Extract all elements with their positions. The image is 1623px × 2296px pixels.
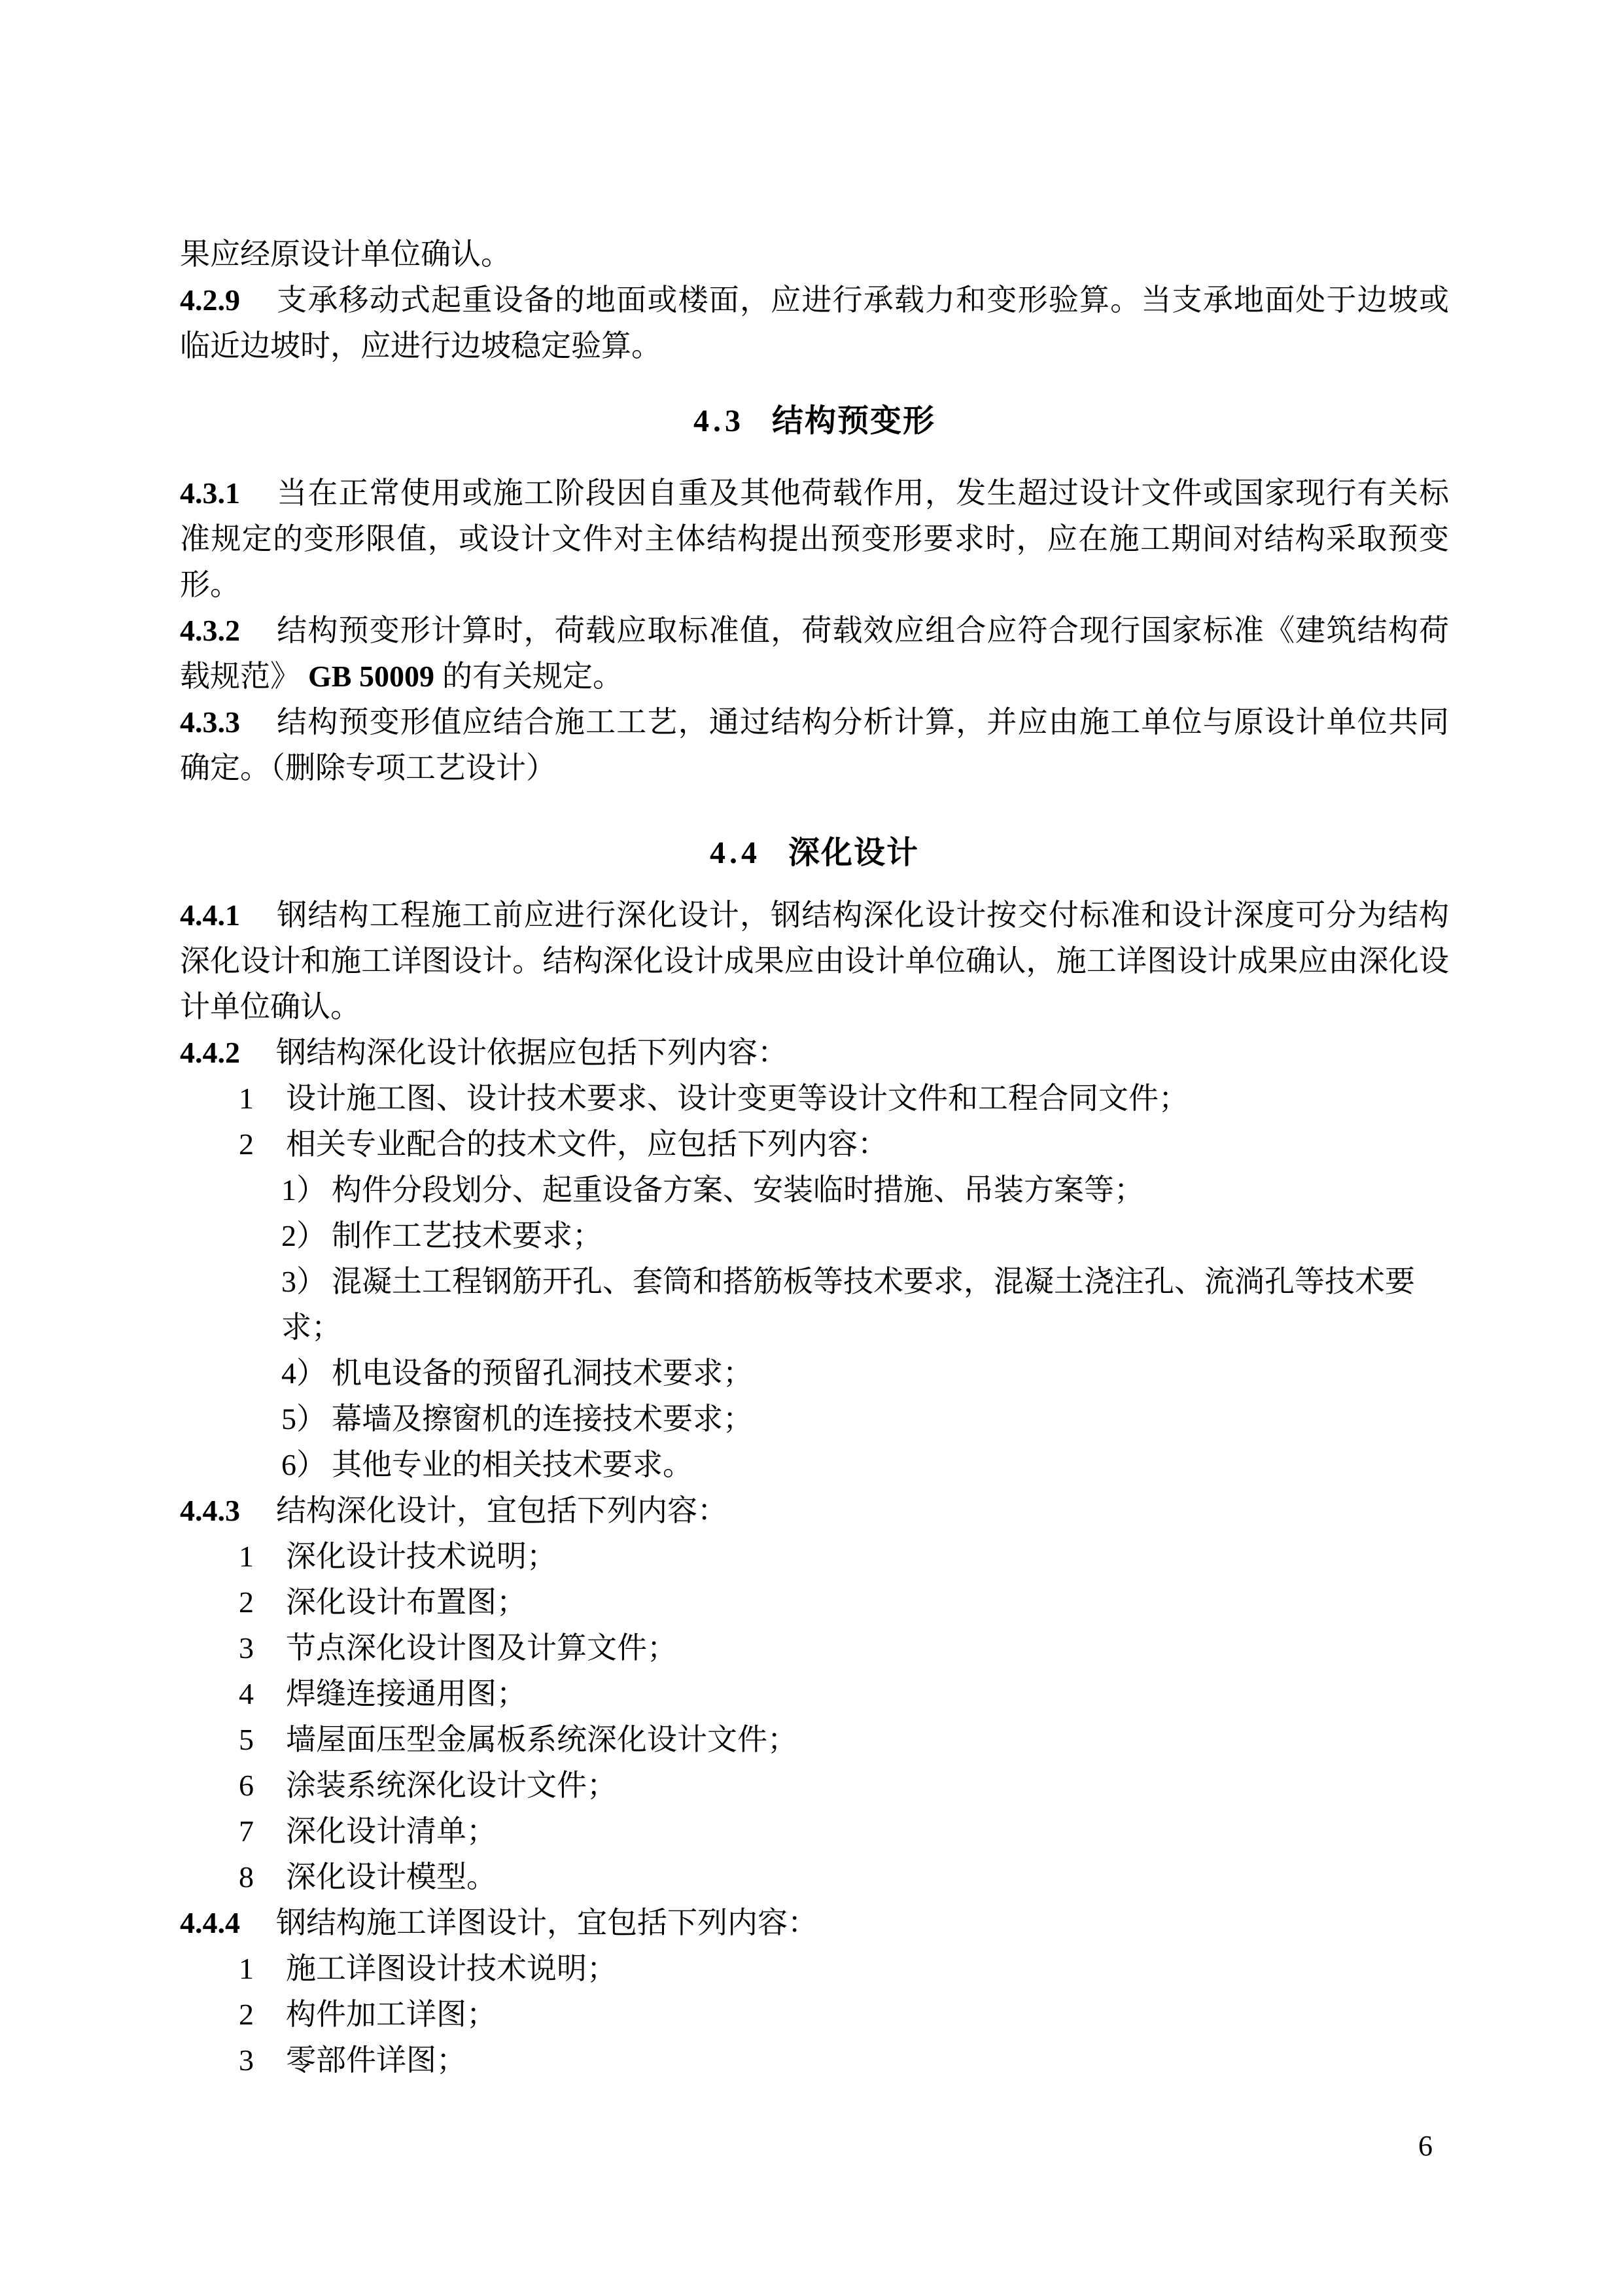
- list-item: 1施工详图设计技术说明；: [180, 1946, 1449, 1992]
- list-item: 8深化设计模型。: [180, 1854, 1449, 1900]
- list-text: 构件加工详图；: [286, 1998, 497, 2031]
- section-number: 4.3: [693, 404, 744, 438]
- list-number: 1: [239, 1076, 286, 1122]
- sublist-number: 3）: [281, 1265, 326, 1298]
- list-text: 墙屋面压型金属板系统深化设计文件；: [286, 1723, 797, 1756]
- list-item: 3零部件详图；: [180, 2038, 1449, 2083]
- list-item: 5墙屋面压型金属板系统深化设计文件；: [180, 1717, 1449, 1763]
- continuation-paragraph: 果应经原设计单位确认。: [180, 232, 1449, 277]
- list-number: 4: [239, 1671, 286, 1717]
- section-heading-4-4: 4.4深化设计: [180, 830, 1449, 876]
- clause-text: 当在正常使用或施工阶段因自重及其他荷载作用，发生超过设计文件或国家现行有关标准规…: [180, 476, 1449, 601]
- list-text: 深化设计清单；: [286, 1814, 497, 1848]
- sublist-text: 机电设备的预留孔洞技术要求；: [332, 1356, 753, 1390]
- clause-4-3-1: 4.3.1当在正常使用或施工阶段因自重及其他荷载作用，发生超过设计文件或国家现行…: [180, 470, 1449, 608]
- sublist-text: 制作工艺技术要求；: [332, 1219, 602, 1252]
- clause-number: 4.4.4: [180, 1906, 240, 1939]
- document-page: 果应经原设计单位确认。 4.2.9支承移动式起重设备的地面或楼面，应进行承载力和…: [0, 0, 1623, 2296]
- sublist-number: 1）: [281, 1173, 326, 1207]
- sublist-item: 3）混凝土工程钢筋开孔、套筒和搭筋板等技术要求，混凝土浇注孔、流淌孔等技术要求；: [180, 1259, 1449, 1351]
- list-text: 零部件详图；: [286, 2043, 466, 2077]
- clause-text: 的有关规定。: [442, 660, 623, 693]
- sublist-number: 5）: [281, 1402, 326, 1436]
- clause-4-3-3: 4.3.3结构预变形值应结合施工工艺，通过结构分析计算，并应由施工单位与原设计单…: [180, 699, 1449, 791]
- list-item: 3节点深化设计图及计算文件；: [180, 1625, 1449, 1671]
- page-number: 6: [1393, 2125, 1433, 2168]
- list-number: 1: [239, 1534, 286, 1580]
- sublist-item: 4）机电设备的预留孔洞技术要求；: [180, 1351, 1449, 1396]
- clause-number: 4.4.2: [180, 1036, 240, 1069]
- clause-4-4-4: 4.4.4钢结构施工详图设计，宜包括下列内容：: [180, 1900, 1449, 1946]
- list-number: 3: [239, 2038, 286, 2083]
- clause-text: 钢结构施工详图设计，宜包括下列内容：: [276, 1906, 818, 1939]
- list-item: 2相关专业配合的技术文件，应包括下列内容：: [180, 1122, 1449, 1167]
- sublist-text: 幕墙及擦窗机的连接技术要求；: [332, 1402, 753, 1436]
- sublist-text: 混凝土工程钢筋开孔、套筒和搭筋板等技术要求，混凝土浇注孔、流淌孔等技术要求；: [281, 1265, 1415, 1344]
- document-content: 果应经原设计单位确认。 4.2.9支承移动式起重设备的地面或楼面，应进行承载力和…: [180, 232, 1449, 2083]
- clause-4-3-2: 4.3.2结构预变形计算时，荷载应取标准值，荷载效应组合应符合现行国家标准《建筑…: [180, 608, 1449, 699]
- clause-number: 4.3.2: [180, 614, 240, 647]
- section-title: 深化设计: [788, 836, 919, 870]
- clause-number: 4.3.1: [180, 476, 240, 510]
- clause-number: 4.3.3: [180, 705, 240, 739]
- list-item: 7深化设计清单；: [180, 1809, 1449, 1854]
- list-text: 涂装系统深化设计文件；: [286, 1769, 617, 1802]
- list-text: 深化设计布置图；: [286, 1585, 527, 1619]
- list-number: 3: [239, 1625, 286, 1671]
- list-text: 深化设计技术说明；: [286, 1540, 557, 1573]
- sublist-text: 构件分段划分、起重设备方案、安装临时措施、吊装方案等；: [332, 1173, 1144, 1207]
- list-item: 2深化设计布置图；: [180, 1580, 1449, 1625]
- list-number: 2: [239, 1992, 286, 2038]
- list-number: 1: [239, 1946, 286, 1992]
- list-text: 相关专业配合的技术文件，应包括下列内容：: [286, 1127, 888, 1161]
- list-item: 6涂装系统深化设计文件；: [180, 1763, 1449, 1809]
- sublist-item: 1）构件分段划分、起重设备方案、安装临时措施、吊装方案等；: [180, 1167, 1449, 1213]
- list-text: 施工详图设计技术说明；: [286, 1952, 617, 1985]
- list-item: 1设计施工图、设计技术要求、设计变更等设计文件和工程合同文件；: [180, 1076, 1449, 1122]
- list-number: 2: [239, 1122, 286, 1167]
- clause-number: 4.4.1: [180, 898, 240, 932]
- clause-4-4-2: 4.4.2钢结构深化设计依据应包括下列内容：: [180, 1030, 1449, 1076]
- list-number: 2: [239, 1580, 286, 1625]
- clause-text: 结构深化设计，宜包括下列内容：: [276, 1494, 727, 1527]
- list-text: 设计施工图、设计技术要求、设计变更等设计文件和工程合同文件；: [286, 1082, 1189, 1115]
- sublist-number: 4）: [281, 1356, 326, 1390]
- clause-number: 4.4.3: [180, 1494, 240, 1527]
- section-title: 结构预变形: [772, 404, 935, 438]
- clause-4-4-1: 4.4.1钢结构工程施工前应进行深化设计，钢结构深化设计按交付标准和设计深度可分…: [180, 892, 1449, 1030]
- section-number: 4.4: [710, 836, 761, 870]
- list-text: 焊缝连接通用图；: [286, 1677, 527, 1710]
- list-number: 6: [239, 1763, 286, 1809]
- sublist-item: 2）制作工艺技术要求；: [180, 1213, 1449, 1259]
- clause-text: 钢结构深化设计依据应包括下列内容：: [276, 1036, 788, 1069]
- clause-4-2-9: 4.2.9支承移动式起重设备的地面或楼面，应进行承载力和变形验算。当支承地面处于…: [180, 277, 1449, 369]
- list-item: 2构件加工详图；: [180, 1992, 1449, 2038]
- sublist-text: 其他专业的相关技术要求。: [332, 1448, 693, 1481]
- list-number: 5: [239, 1717, 286, 1763]
- sublist-item: 5）幕墙及擦窗机的连接技术要求；: [180, 1396, 1449, 1442]
- sublist-number: 2）: [281, 1219, 326, 1252]
- list-number: 8: [239, 1854, 286, 1900]
- clause-4-4-3: 4.4.3结构深化设计，宜包括下列内容：: [180, 1488, 1449, 1534]
- clause-number: 4.2.9: [180, 283, 240, 317]
- list-text: 深化设计模型。: [286, 1860, 497, 1894]
- list-text: 节点深化设计图及计算文件；: [286, 1631, 677, 1665]
- list-number: 7: [239, 1809, 286, 1854]
- clause-text: 钢结构工程施工前应进行深化设计，钢结构深化设计按交付标准和设计深度可分为结构深化…: [180, 898, 1449, 1023]
- standard-code: GB 50009: [308, 660, 434, 693]
- sublist-item: 6）其他专业的相关技术要求。: [180, 1442, 1449, 1488]
- sublist-number: 6）: [281, 1448, 326, 1481]
- clause-text: 支承移动式起重设备的地面或楼面，应进行承载力和变形验算。当支承地面处于边坡或临近…: [180, 283, 1449, 362]
- section-heading-4-3: 4.3结构预变形: [180, 398, 1449, 444]
- clause-text: 结构预变形值应结合施工工艺，通过结构分析计算，并应由施工单位与原设计单位共同确定…: [180, 705, 1449, 785]
- list-item: 4焊缝连接通用图；: [180, 1671, 1449, 1717]
- list-item: 1深化设计技术说明；: [180, 1534, 1449, 1580]
